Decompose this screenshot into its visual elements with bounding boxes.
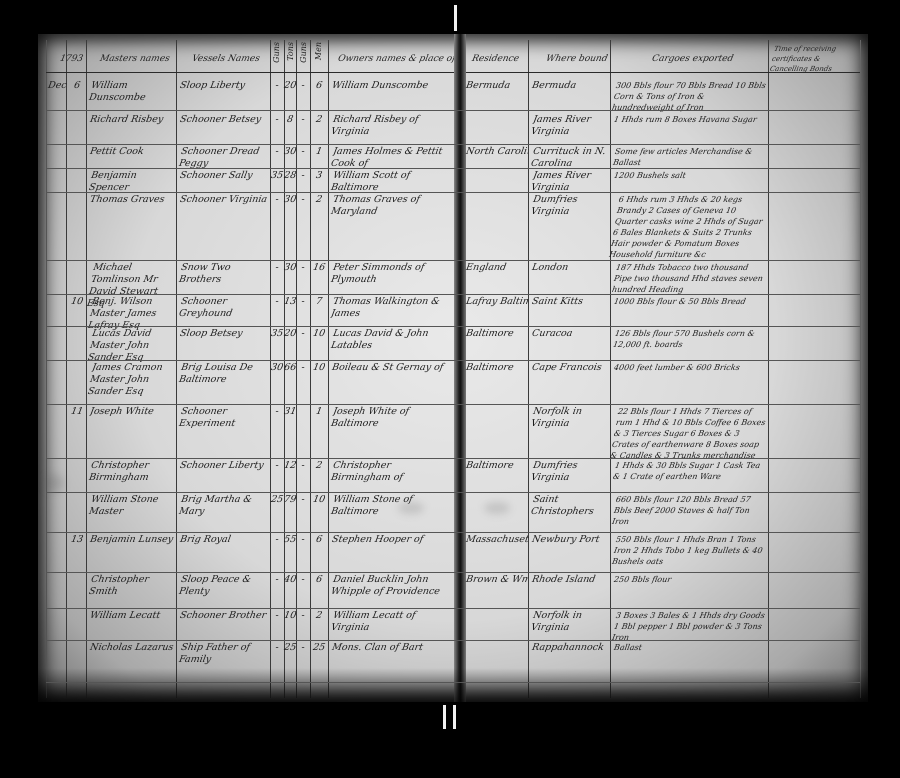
- vessel-name: Schooner Betsey: [179, 114, 271, 126]
- row-divider: [46, 492, 860, 493]
- vessel-name: Schooner Liberty: [179, 460, 271, 472]
- vessel-name: Brig Louisa De Baltimore: [178, 362, 272, 386]
- owner-name: James Holmes & Pettit Cook of: [330, 146, 454, 170]
- col-d-value: 10: [309, 494, 329, 506]
- row-divider: [46, 682, 860, 683]
- header-owners: Owners names & place of: [337, 54, 456, 64]
- col-d-value: 2: [309, 610, 329, 622]
- col-d-value: 10: [309, 328, 329, 340]
- cargo-exported: Some few articles Merchandise & Ballast: [612, 146, 768, 168]
- master-name: Christopher Smith: [88, 574, 178, 598]
- ledger-book: 1793 Masters names Vessels Names Guns To…: [38, 34, 868, 702]
- where-bound: James River Virginia: [530, 170, 612, 194]
- residence: Baltimore: [465, 362, 529, 374]
- scan-marker-bottom-1: [443, 705, 446, 729]
- vessel-name: Schooner Dread Peggy: [178, 146, 272, 170]
- where-bound: Dumfries Virginia: [530, 194, 612, 218]
- col-d-value: 25: [309, 642, 329, 654]
- book-spine: [454, 34, 466, 702]
- residence: Lafray Baltimore: [465, 296, 529, 308]
- residence: England: [465, 262, 529, 274]
- master-name: Lucas David Master John Sander Esq: [87, 328, 179, 364]
- owner-name: William Lecatt of Virginia: [330, 610, 454, 634]
- cargo-exported: 187 Hhds Tobacco two thousand Pipe two t…: [611, 262, 769, 295]
- cargo-exported: 1000 Bbls flour & 50 Bbls Bread: [613, 296, 767, 307]
- residence: Bermuda: [465, 80, 529, 92]
- header-vessels-names: Vessels Names: [191, 54, 261, 64]
- scan-marker-top: [454, 5, 457, 31]
- col-d-value: 16: [309, 262, 329, 274]
- col-d-value: 3: [309, 170, 329, 182]
- where-bound: Rappahannock: [531, 642, 611, 654]
- col-d-value: 7: [309, 296, 329, 308]
- row-divider: [46, 260, 860, 261]
- owner-name: Daniel Bucklin John Whipple of Providenc…: [330, 574, 454, 598]
- row-divider: [46, 532, 860, 533]
- owner-name: Joseph White of Baltimore: [330, 406, 454, 430]
- residence: Baltimore: [465, 328, 529, 340]
- owner-name: William Scott of Baltimore: [330, 170, 454, 194]
- row-divider: [46, 110, 860, 111]
- entry-day: 13: [67, 534, 87, 546]
- where-bound: Bermuda: [531, 80, 611, 92]
- vessel-name: Sloop Betsey: [179, 328, 271, 340]
- col-d-value: 6: [309, 80, 329, 92]
- header-where-bound: Where bound: [545, 54, 609, 64]
- where-bound: Dumfries Virginia: [530, 460, 612, 484]
- master-name: William Stone Master: [88, 494, 178, 518]
- header-col-c: Guns: [299, 42, 308, 63]
- vessel-name: Sloop Peace & Plenty: [178, 574, 272, 598]
- entry-day: 11: [67, 406, 87, 418]
- header-bonds: Time of receiving certificates & Cancell…: [769, 44, 863, 74]
- vessel-name: Schooner Sally: [179, 170, 271, 182]
- where-bound: Cape Francois: [531, 362, 611, 374]
- row-divider: [46, 458, 860, 459]
- row-divider: [46, 404, 860, 405]
- where-bound: Curacoa: [531, 328, 611, 340]
- row-divider: [46, 326, 860, 327]
- master-name: Joseph White: [89, 406, 177, 418]
- master-name: Nicholas Lazarus: [89, 642, 177, 654]
- header-col-a: Guns: [272, 42, 281, 63]
- cargo-exported: 22 Bbls flour 1 Hhds 7 Tierces of rum 1 …: [609, 406, 771, 461]
- row-divider: [46, 144, 860, 145]
- owner-name: Mons. Clan of Bart: [331, 642, 453, 654]
- owner-name: Peter Simmonds of Plymouth: [330, 262, 454, 286]
- where-bound: Saint Christophers: [530, 494, 612, 518]
- where-bound: Norfolk in Virginia: [530, 610, 612, 634]
- entry-day: 10: [67, 296, 87, 308]
- owner-name: Thomas Walkington & James: [330, 296, 454, 320]
- master-name: Christopher Birmingham: [88, 460, 178, 484]
- row-divider: [46, 360, 860, 361]
- cargo-exported: 126 Bbls flour 570 Bushels corn & 12,000…: [612, 328, 768, 350]
- header-masters-names: Masters names: [99, 54, 171, 64]
- where-bound: Rhode Island: [531, 574, 611, 586]
- where-bound: Saint Kitts: [531, 296, 611, 308]
- col-d-value: 2: [309, 194, 329, 206]
- col-d-value: 1: [309, 146, 329, 158]
- owner-name: Thomas Graves of Maryland: [330, 194, 454, 218]
- master-name: Benjamin Lunsey: [89, 534, 177, 546]
- residence: Baltimore: [465, 460, 529, 472]
- where-bound: Currituck in N. Carolina: [530, 146, 612, 170]
- owner-name: Boileau & St Gernay of: [331, 362, 453, 374]
- cargo-exported: 1 Hhds & 30 Bbls Sugar 1 Cask Tea & 1 Cr…: [612, 460, 768, 482]
- vessel-name: Schooner Brother: [179, 610, 271, 622]
- master-name: William Lecatt: [89, 610, 177, 622]
- master-name: William Dunscombe: [88, 80, 178, 104]
- vessel-name: Schooner Greyhound: [178, 296, 272, 320]
- col-d-value: 2: [309, 460, 329, 472]
- vessel-name: Snow Two Brothers: [178, 262, 272, 286]
- row-divider: [46, 192, 860, 193]
- header-cargoes-exported: Cargoes exported: [651, 54, 734, 64]
- master-name: Thomas Graves: [89, 194, 177, 206]
- where-bound: James River Virginia: [530, 114, 612, 138]
- where-bound: Norfolk in Virginia: [530, 406, 612, 430]
- row-divider: [46, 640, 860, 641]
- master-name: James Cramon Master John Sander Esq: [87, 362, 179, 398]
- col-d-value: 6: [309, 534, 329, 546]
- cargo-exported: 250 Bbls flour: [613, 574, 767, 585]
- owner-name: Christopher Birmingham of: [330, 460, 454, 484]
- cargo-exported: Ballast: [613, 642, 767, 653]
- entry-day: 6: [67, 80, 87, 92]
- cargo-exported: 1200 Bushels salt: [613, 170, 767, 181]
- col-d-value: 2: [309, 114, 329, 126]
- owner-name: William Dunscombe: [331, 80, 453, 92]
- owner-name: Richard Risbey of Virginia: [330, 114, 454, 138]
- col-d-value: 1: [309, 406, 329, 418]
- vessel-name: Schooner Virginia: [179, 194, 271, 206]
- owner-name: Stephen Hooper of: [331, 534, 453, 546]
- cargo-exported: 550 Bbls flour 1 Hhds Bran 1 Tons Iron 2…: [611, 534, 769, 567]
- residence: Brown & Wm Hale: [465, 574, 529, 586]
- header-col-b: Tons: [286, 42, 295, 61]
- master-name: Pettit Cook: [89, 146, 177, 158]
- vessel-name: Sloop Liberty: [179, 80, 271, 92]
- where-bound: Newbury Port: [531, 534, 611, 546]
- scan-marker-bottom-2: [453, 705, 456, 729]
- header-residence: Residence: [471, 54, 520, 64]
- vessel-name: Brig Royal: [179, 534, 271, 546]
- row-divider: [46, 168, 860, 169]
- header-col-d: Men: [314, 42, 323, 60]
- master-name: Richard Risbey: [89, 114, 177, 126]
- cargo-exported: 1 Hhds rum 8 Boxes Havana Sugar: [613, 114, 767, 125]
- where-bound: London: [531, 262, 611, 274]
- col-b-value: 31: [283, 406, 297, 418]
- cargo-exported: 300 Bbls flour 70 Bbls Bread 10 Bbls Cor…: [611, 80, 769, 113]
- entry-date: Dec: [47, 80, 67, 92]
- vessel-name: Ship Father of Family: [178, 642, 272, 666]
- vessel-name: Schooner Experiment: [178, 406, 272, 430]
- owner-name: William Stone of Baltimore: [330, 494, 454, 518]
- row-divider: [46, 608, 860, 609]
- row-divider: [46, 572, 860, 573]
- residence: Massachusetts: [465, 534, 529, 546]
- col-d-value: 6: [309, 574, 329, 586]
- residence: North Carolina: [465, 146, 529, 158]
- vessel-name: Brig Martha & Mary: [178, 494, 272, 518]
- cargo-exported: 3 Boxes 3 Bales & 1 Hhds dry Goods 1 Bbl…: [611, 610, 769, 643]
- header-date: 1793: [59, 54, 84, 64]
- cargo-exported: 660 Bbls flour 120 Bbls Bread 57 Bbls Be…: [611, 494, 769, 527]
- col-d-value: 10: [309, 362, 329, 374]
- owner-name: Lucas David & John Latables: [330, 328, 454, 352]
- cargo-exported: 6 Hhds rum 3 Hhds & 20 kegs Brandy 2 Cas…: [608, 194, 772, 260]
- row-divider: [46, 294, 860, 295]
- cargo-exported: 4000 feet lumber & 600 Bricks: [613, 362, 767, 373]
- master-name: Benjamin Spencer: [88, 170, 178, 194]
